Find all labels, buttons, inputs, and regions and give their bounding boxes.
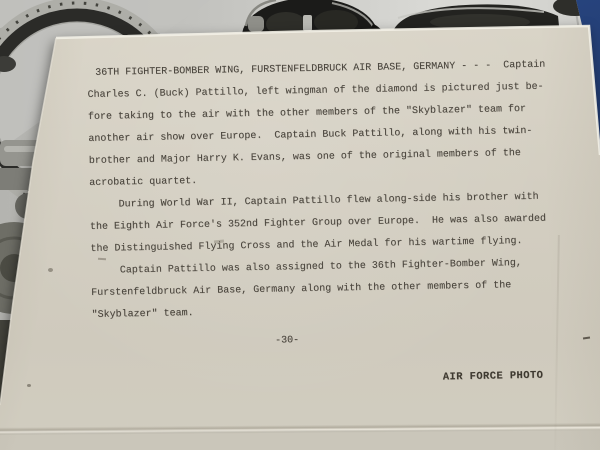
end-mark: -30-	[92, 325, 566, 356]
paper-speck	[27, 384, 31, 387]
press-photo-scene: 36TH FIGHTER-BOMBER WING, FURSTENFELDBRU…	[0, 0, 600, 450]
below-crease-shading	[0, 430, 600, 450]
paper-speck	[48, 268, 53, 272]
typed-caption: 36TH FIGHTER-BOMBER WING, FURSTENFELDBRU…	[87, 54, 567, 395]
